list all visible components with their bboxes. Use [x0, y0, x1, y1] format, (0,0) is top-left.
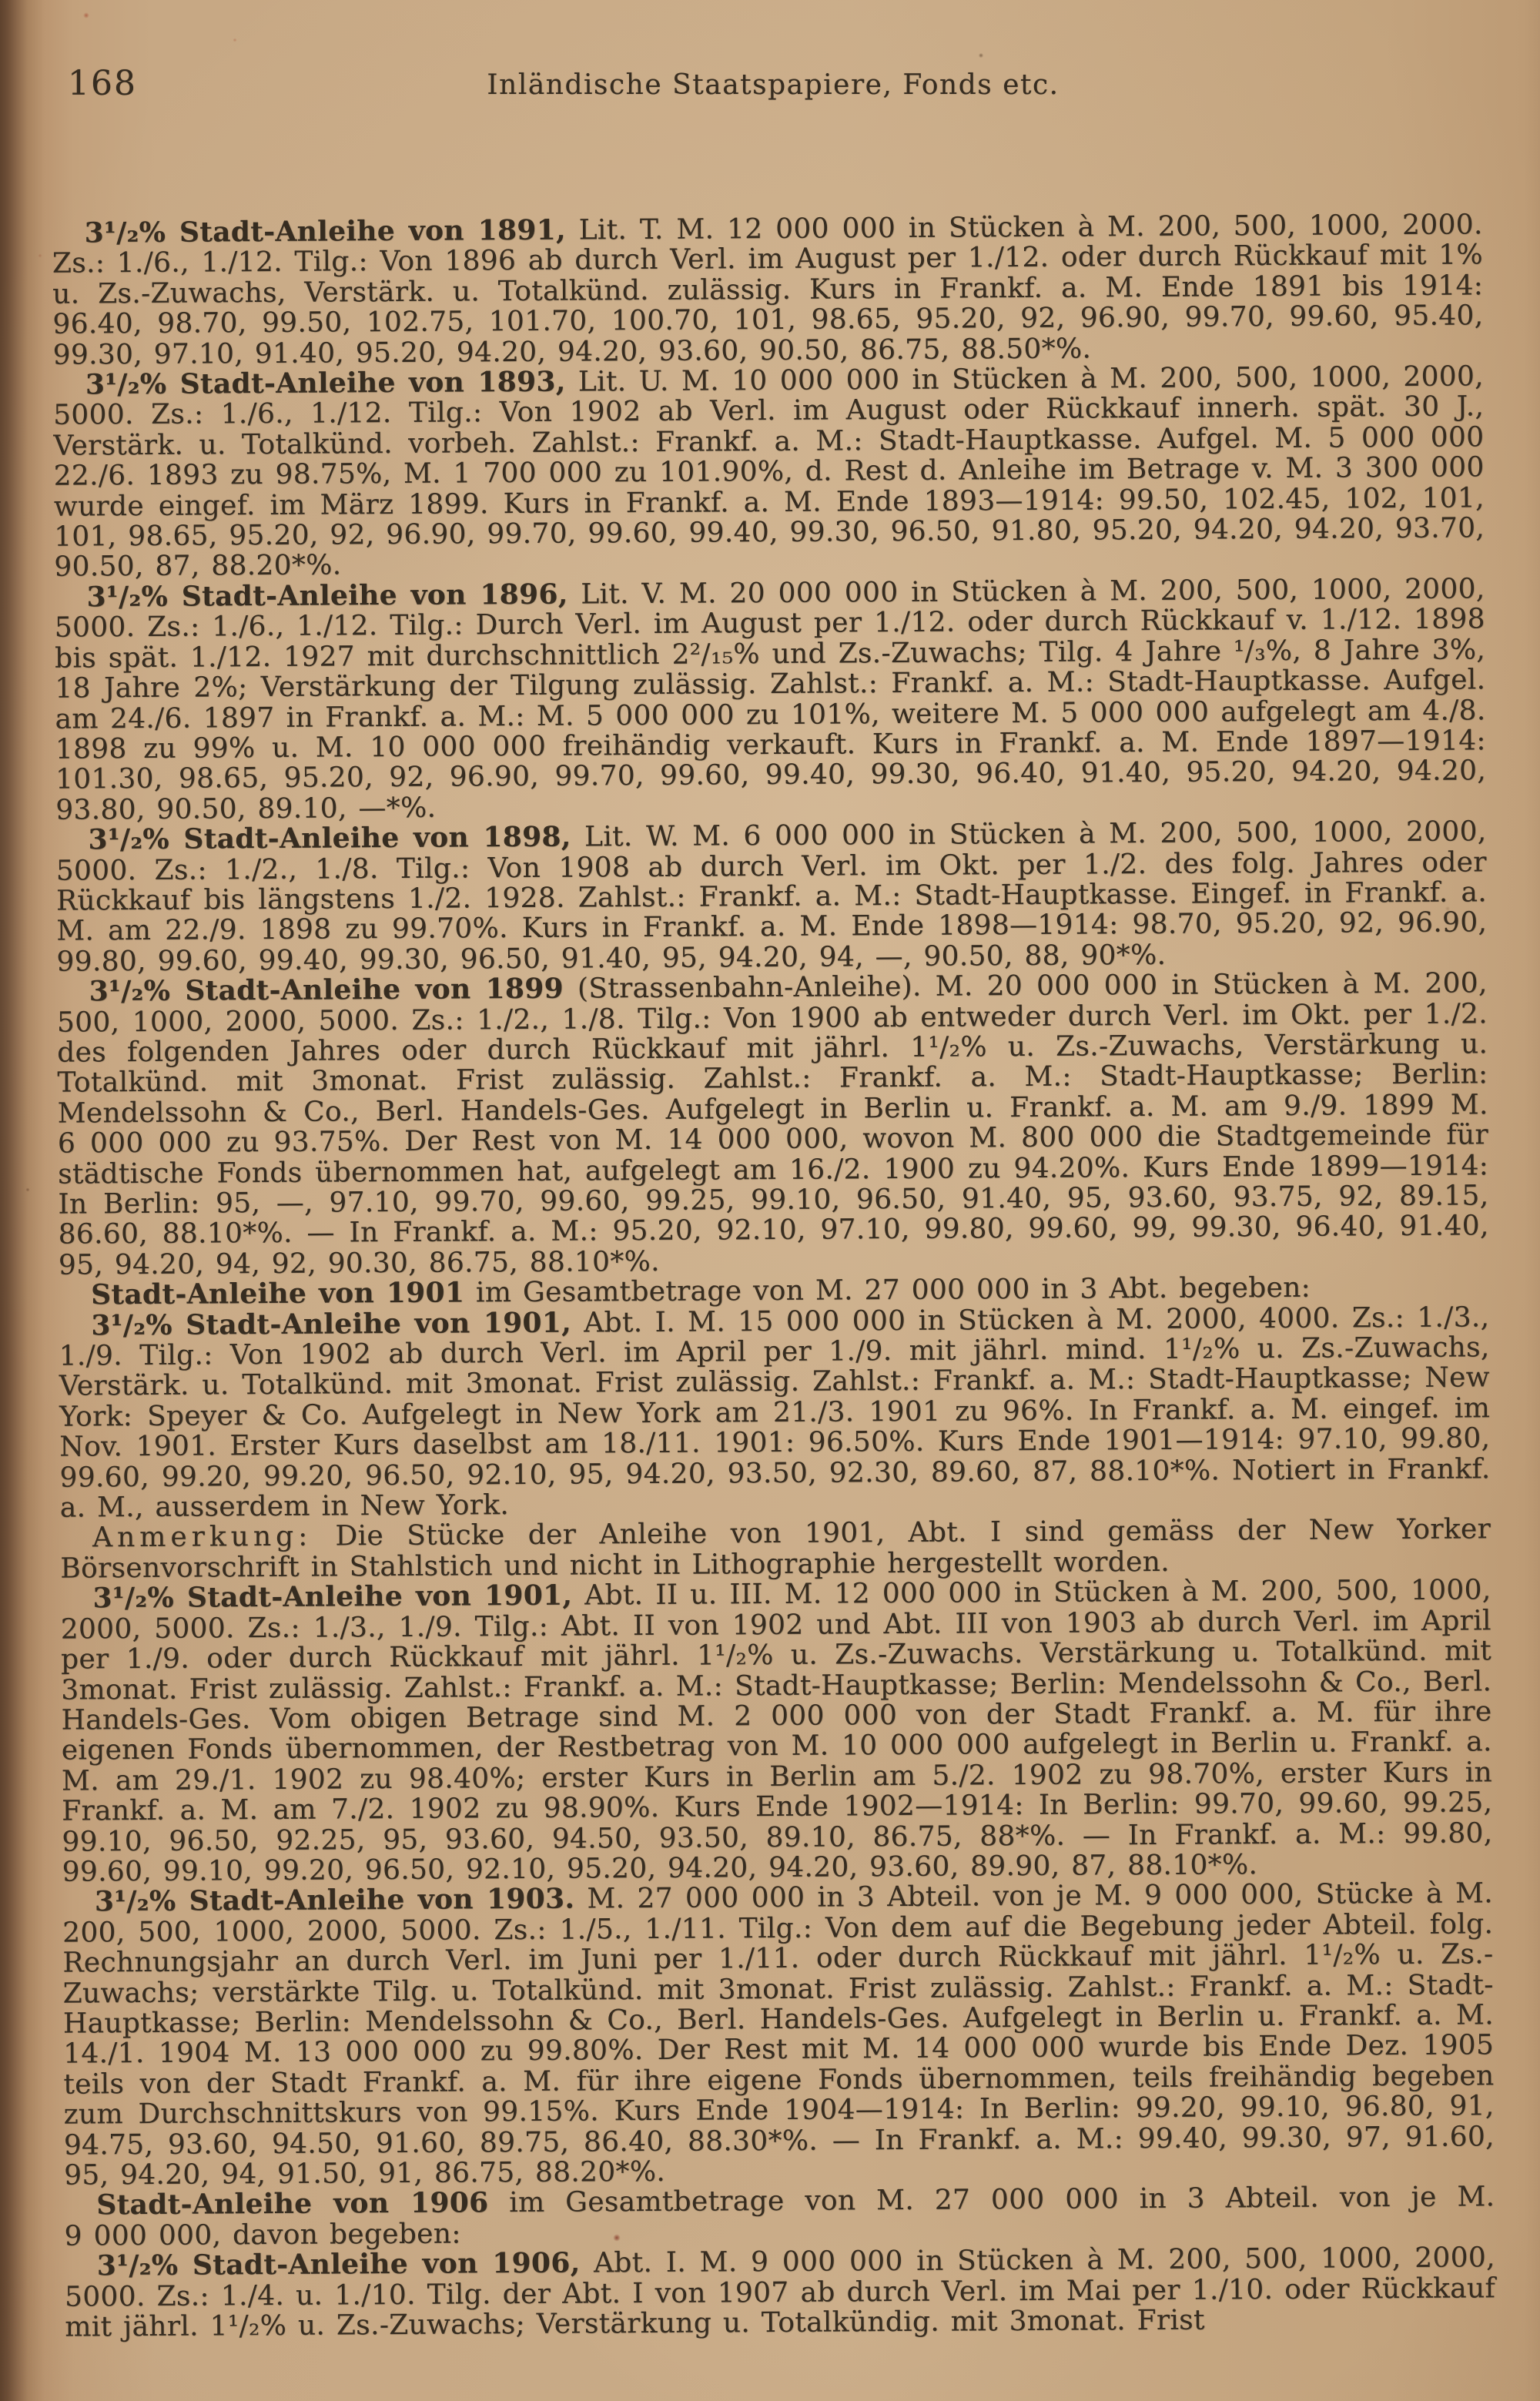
paragraph-anleihe-1901-abt-1: 3¹/₂% Stadt-Anleihe von 1901, Abt. I. M.…: [59, 1302, 1491, 1523]
paragraph-anleihe-1906-abt-1: 3¹/₂% Stadt-Anleihe von 1906, Abt. I. M.…: [65, 2243, 1496, 2343]
paragraph-lead: 3¹/₂% Stadt-Anleihe von 1899: [89, 973, 564, 1008]
paragraph-lead: 3¹/₂% Stadt-Anleihe von 1893,: [85, 366, 566, 401]
paragraph-anleihe-1893: 3¹/₂% Stadt-Anleihe von 1893, Lit. U. M.…: [53, 361, 1485, 582]
paragraph-anleihe-1896: 3¹/₂% Stadt-Anleihe von 1896, Lit. V. M.…: [54, 574, 1486, 825]
paragraph-lead: Stadt-Anleihe von 1901: [91, 1277, 464, 1311]
paragraph-anleihe-1906-gesamt: Stadt-Anleihe von 1906 im Gesamtbetrage …: [64, 2182, 1495, 2252]
paragraph-lead: 3¹/₂% Stadt-Anleihe von 1906,: [97, 2247, 581, 2282]
paragraph-text: Abt. II u. III. M. 12 000 000 in Stücken…: [61, 1575, 1493, 1888]
paragraph-lead: 3¹/₂% Stadt-Anleihe von 1896,: [86, 578, 567, 613]
paragraph-anleihe-1891: 3¹/₂% Stadt-Anleihe von 1891, Lit. T. M.…: [52, 209, 1484, 370]
book-page: 168 Inländische Staatspapiere, Fonds etc…: [0, 0, 1540, 2401]
paragraph-lead: 3¹/₂% Stadt-Anleihe von 1903.: [95, 1883, 575, 1918]
paragraph-anleihe-1901-abt-2-3: 3¹/₂% Stadt-Anleihe von 1901, Abt. II u.…: [60, 1576, 1492, 1887]
paragraph-lead: 3¹/₂% Stadt-Anleihe von 1898,: [88, 821, 571, 856]
paragraph-text: Lit. V. M. 20 000 000 in Stücken à M. 20…: [55, 573, 1486, 825]
paragraph-lead: 3¹/₂% Stadt-Anleihe von 1901,: [91, 1306, 571, 1341]
paragraph-lead: 3¹/₂% Stadt-Anleihe von 1901,: [92, 1579, 572, 1615]
paragraph-lead: 3¹/₂% Stadt-Anleihe von 1891,: [85, 214, 566, 249]
running-title: Inländische Staatspapiere, Fonds etc.: [68, 68, 1478, 103]
paragraph-anmerkung-1901-abt-1: Anmerkung: Die Stücke der Anleihe von 19…: [60, 1515, 1491, 1584]
paragraph-text: (Strassenbahn-Anleihe). M. 20 000 000 in…: [57, 967, 1489, 1281]
page-header: 168 Inländische Staatspapiere, Fonds etc…: [68, 65, 1478, 106]
paragraph-anleihe-1899-strassenbahn: 3¹/₂% Stadt-Anleihe von 1899 (Strassenba…: [57, 968, 1489, 1280]
paragraph-anleihe-1903: 3¹/₂% Stadt-Anleihe von 1903. M. 27 000 …: [62, 1879, 1495, 2191]
text-block: 3¹/₂% Stadt-Anleihe von 1891, Lit. T. M.…: [52, 209, 1496, 2342]
paragraph-lead: Anmerkung:: [92, 1521, 312, 1554]
paragraph-lead: Stadt-Anleihe von 1906: [96, 2187, 488, 2222]
paragraph-text: M. 27 000 000 in 3 Abteil. von je M. 9 0…: [62, 1878, 1495, 2192]
paragraph-anleihe-1898: 3¹/₂% Stadt-Anleihe von 1898, Lit. W. M.…: [55, 816, 1487, 976]
